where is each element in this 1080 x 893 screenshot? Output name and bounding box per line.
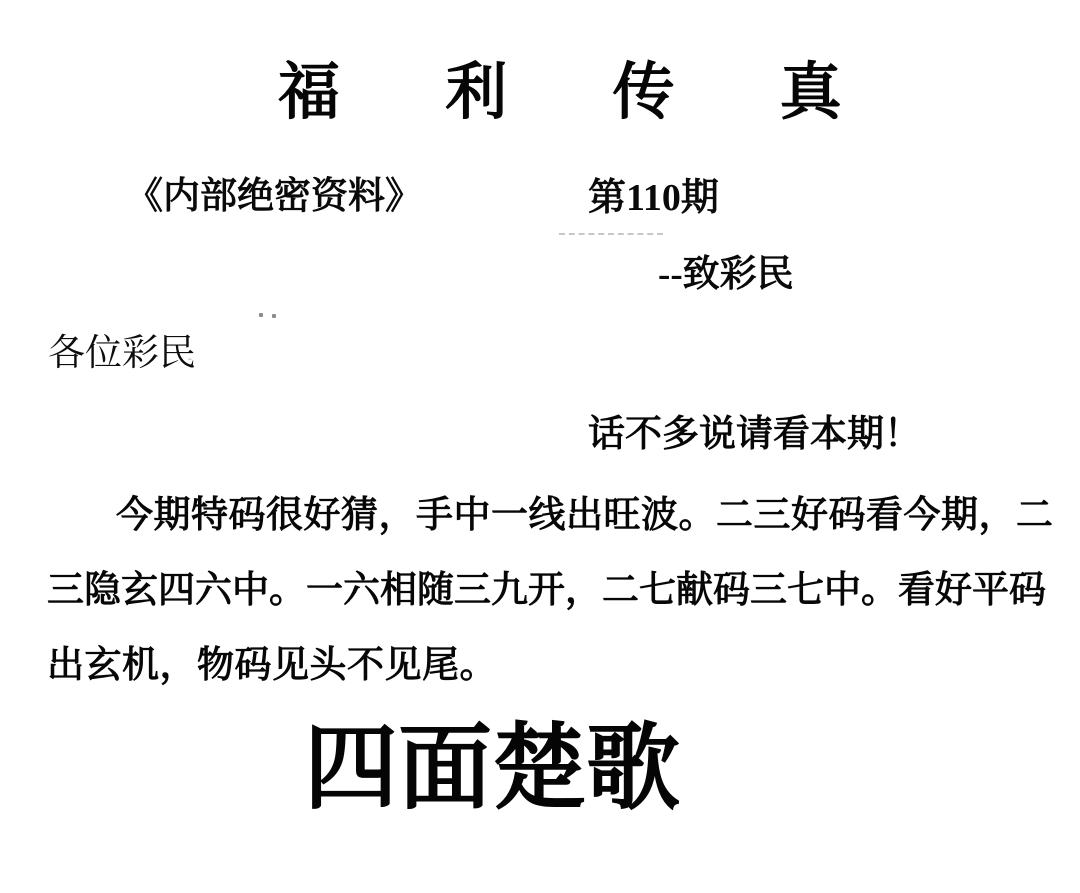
confidential-source-label: 《内部绝密资料》 bbox=[126, 178, 422, 215]
smudge-artifact: ˉ bbox=[188, 356, 192, 372]
idiom-headline: 四面楚歌 bbox=[304, 722, 680, 816]
salutation-line: 各位彩民 bbox=[48, 335, 196, 372]
ink-dot-artifact bbox=[272, 314, 276, 318]
tip-text-line-1: 今期特码很好猜，手中一线出旺波。二三好码看今期，二 bbox=[116, 497, 1054, 534]
document-title: 福 利 传 真 bbox=[278, 62, 886, 124]
issue-number-label: 第110期 bbox=[588, 179, 719, 217]
ink-dot-artifact bbox=[259, 313, 263, 317]
tip-text-line-2: 三隐玄四六中。一六相随三九开，二七献码三七中。看好平码 bbox=[47, 572, 1046, 609]
fax-document-page: 福 利 传 真 《内部绝密资料》 第110期 --致彩民 各位彩民 ˉ 话不多说… bbox=[0, 0, 1080, 893]
intro-line: 话不多说请看本期！ bbox=[588, 416, 921, 453]
dedication-line: --致彩民 bbox=[658, 256, 794, 293]
dashed-line-artifact bbox=[559, 233, 663, 235]
tip-text-line-3: 出玄机，物码见头不见尾。 bbox=[47, 647, 497, 684]
